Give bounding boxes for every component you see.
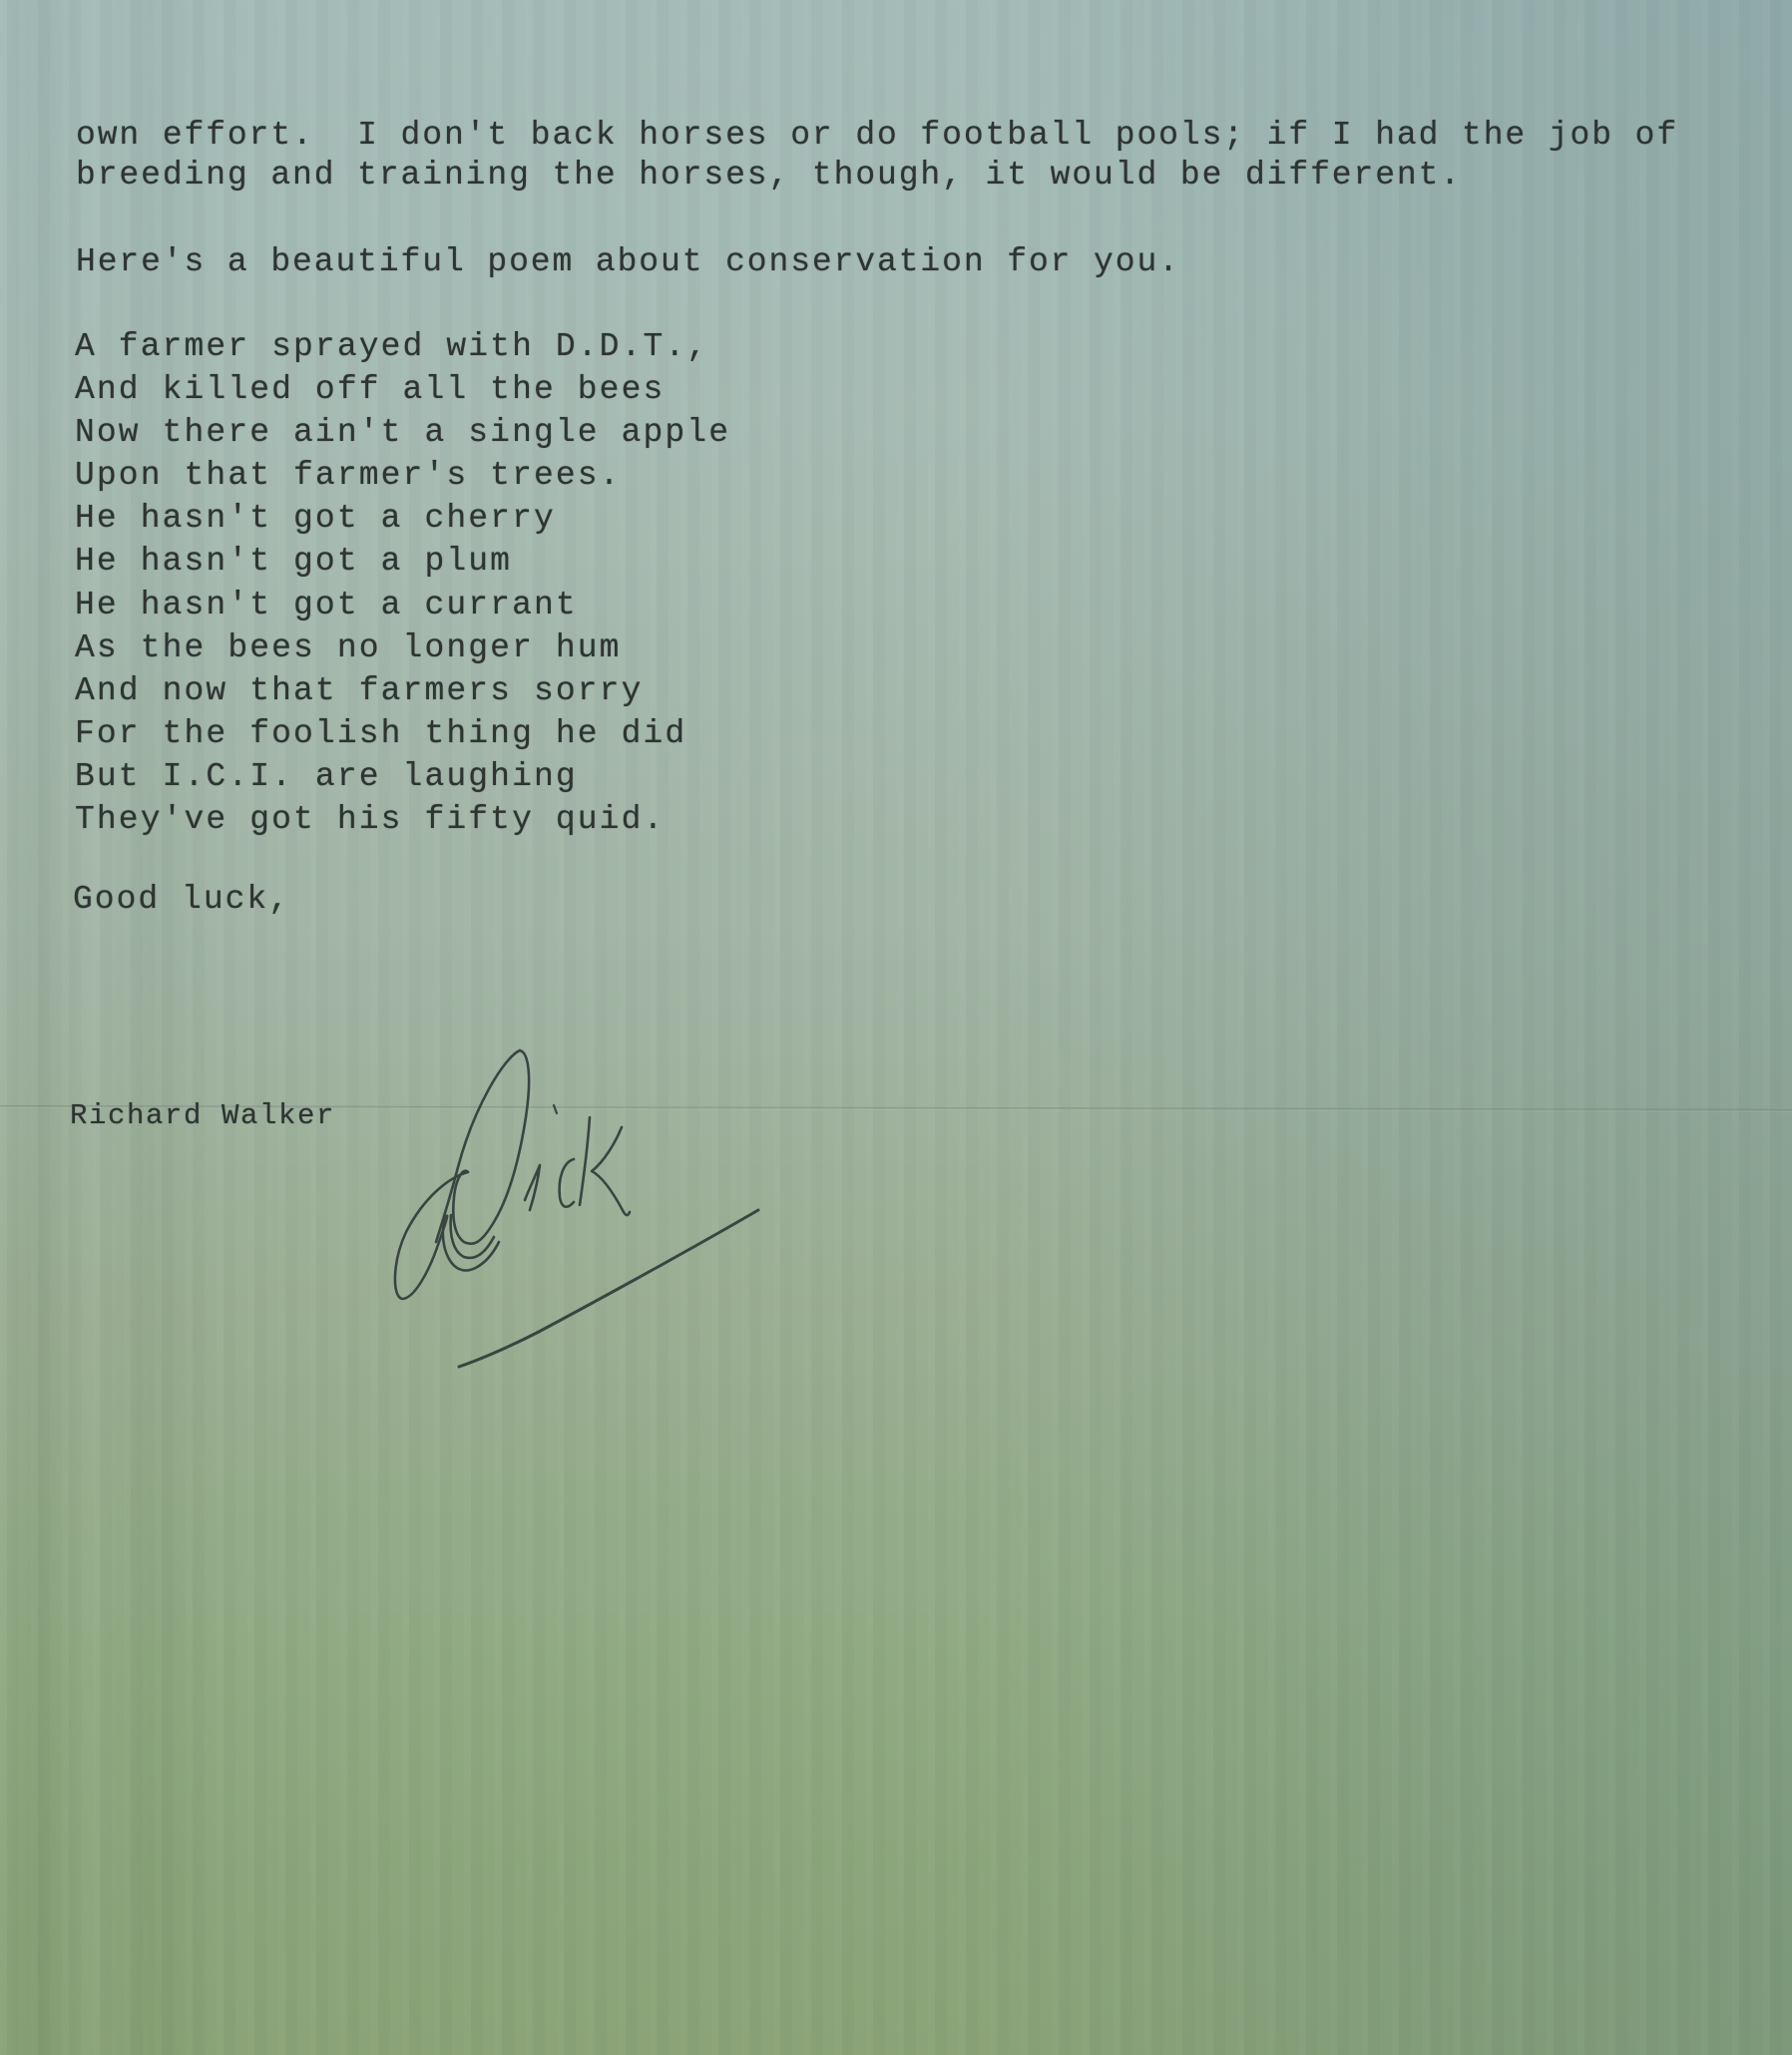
poem-line: And killed off all the bees bbox=[75, 368, 730, 411]
poem-line: He hasn't got a cherry bbox=[75, 497, 730, 540]
paper-texture bbox=[0, 0, 1792, 2055]
paper-top-tint bbox=[0, 0, 1792, 2055]
poem-intro: Here's a beautiful poem about conservati… bbox=[76, 242, 1180, 282]
paragraph-line: breeding and training the horses, though… bbox=[76, 156, 1462, 196]
poem-line: For the foolish thing he did bbox=[75, 712, 730, 755]
poem-line: But I.C.I. are laughing bbox=[75, 755, 730, 798]
poem-line: He hasn't got a plum bbox=[75, 540, 730, 583]
poem-line: They've got his fifty quid. bbox=[75, 798, 730, 841]
poem-line: A farmer sprayed with D.D.T., bbox=[75, 325, 730, 368]
poem-line: And now that farmers sorry bbox=[75, 669, 730, 712]
closing-salutation: Good luck, bbox=[73, 880, 290, 920]
handwritten-signature bbox=[354, 1047, 783, 1372]
poem-line: Upon that farmer's trees. bbox=[75, 454, 730, 497]
typed-signatory-name: Richard Walker bbox=[70, 1096, 335, 1136]
poem-line: Now there ain't a single apple bbox=[75, 411, 730, 454]
poem-line: He hasn't got a currant bbox=[75, 584, 730, 626]
paper-right-tint bbox=[0, 0, 1792, 2055]
poem-line: As the bees no longer hum bbox=[75, 626, 730, 669]
poem: A farmer sprayed with D.D.T., And killed… bbox=[75, 325, 730, 841]
paragraph-line: own effort. I don't back horses or do fo… bbox=[76, 116, 1678, 156]
